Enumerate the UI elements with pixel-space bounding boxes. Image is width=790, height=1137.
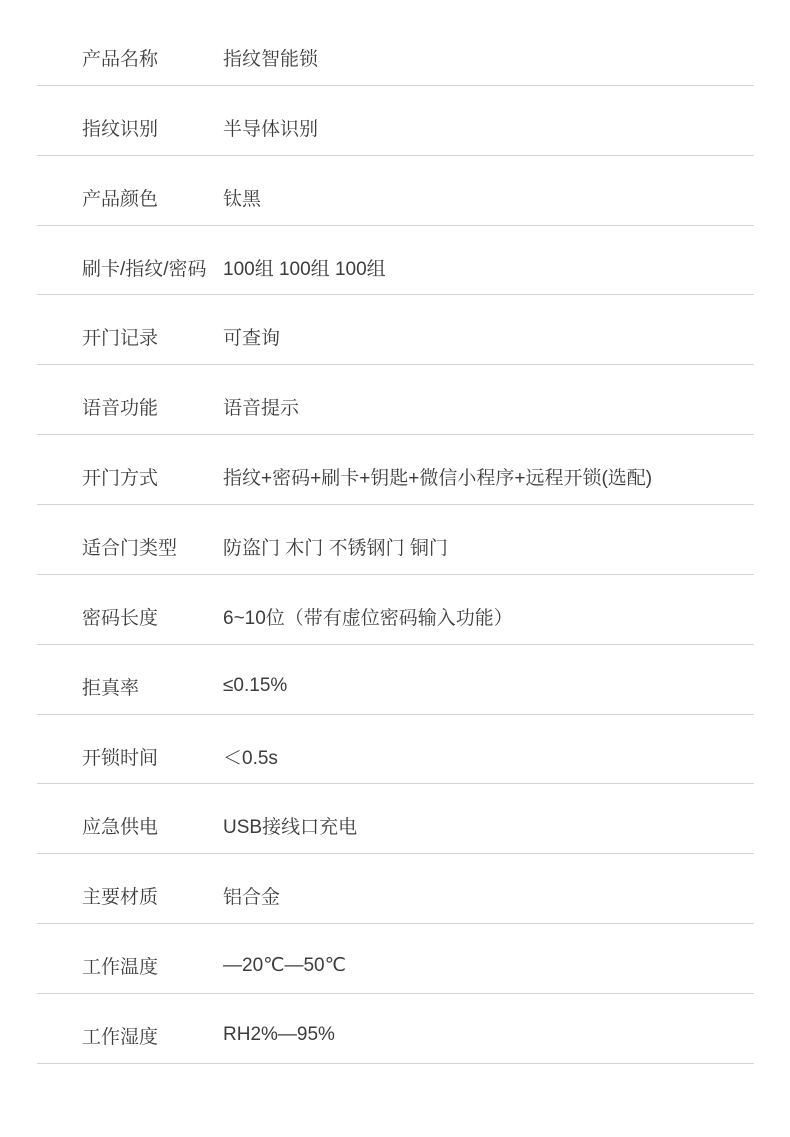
spec-label: 指纹识别 <box>37 114 223 141</box>
spec-row: 刷卡/指纹/密码 100组 100组 100组 <box>37 226 754 296</box>
spec-row: 适合门类型 防盗门 木门 不锈钢门 铜门 <box>37 505 754 575</box>
product-spec-page: 产品名称 指纹智能锁 指纹识别 半导体识别 产品颜色 钛黑 刷卡/指纹/密码 1… <box>0 0 790 1137</box>
spec-value: 防盗门 木门 不锈钢门 铜门 <box>223 533 754 560</box>
spec-row: 拒真率 ≤0.15% <box>37 645 754 715</box>
spec-row: 工作湿度 RH2%—95% <box>37 994 754 1064</box>
spec-value: USB接线口充电 <box>223 812 754 839</box>
spec-table: 产品名称 指纹智能锁 指纹识别 半导体识别 产品颜色 钛黑 刷卡/指纹/密码 1… <box>37 16 754 1064</box>
spec-value: 指纹+密码+刷卡+钥匙+微信小程序+远程开锁(选配) <box>223 463 754 490</box>
spec-label: 工作湿度 <box>37 1022 223 1049</box>
spec-row: 应急供电 USB接线口充电 <box>37 784 754 854</box>
spec-row: 语音功能 语音提示 <box>37 365 754 435</box>
spec-label: 语音功能 <box>37 393 223 420</box>
spec-label: 主要材质 <box>37 882 223 909</box>
spec-row: 开门方式 指纹+密码+刷卡+钥匙+微信小程序+远程开锁(选配) <box>37 435 754 505</box>
spec-value: 铝合金 <box>223 882 754 909</box>
spec-label: 密码长度 <box>37 603 223 630</box>
spec-value: 100组 100组 100组 <box>223 254 754 281</box>
spec-row: 产品名称 指纹智能锁 <box>37 16 754 86</box>
spec-value: 指纹智能锁 <box>223 44 754 71</box>
spec-row: 密码长度 6~10位（带有虚位密码输入功能） <box>37 575 754 645</box>
spec-label: 开锁时间 <box>37 743 223 770</box>
spec-label: 开门记录 <box>37 323 223 350</box>
spec-value: 可查询 <box>223 323 754 350</box>
spec-row: 工作温度 —20℃—50℃ <box>37 924 754 994</box>
spec-row: 主要材质 铝合金 <box>37 854 754 924</box>
spec-label: 产品名称 <box>37 44 223 71</box>
spec-label: 工作温度 <box>37 952 223 979</box>
spec-row: 产品颜色 钛黑 <box>37 156 754 226</box>
spec-value: —20℃—50℃ <box>223 954 754 977</box>
spec-value: 语音提示 <box>223 393 754 420</box>
spec-row: 开锁时间 ＜0.5s <box>37 715 754 785</box>
spec-label: 应急供电 <box>37 812 223 839</box>
spec-value: ≤0.15% <box>223 675 754 697</box>
spec-label: 产品颜色 <box>37 184 223 211</box>
spec-label: 开门方式 <box>37 463 223 490</box>
spec-value: RH2%—95% <box>223 1024 754 1046</box>
spec-label: 适合门类型 <box>37 533 223 560</box>
spec-row: 指纹识别 半导体识别 <box>37 86 754 156</box>
spec-value: 半导体识别 <box>223 114 754 141</box>
spec-row: 开门记录 可查询 <box>37 295 754 365</box>
spec-value: 钛黑 <box>223 184 754 211</box>
spec-label: 拒真率 <box>37 673 223 700</box>
spec-value: ＜0.5s <box>223 743 754 770</box>
spec-value: 6~10位（带有虚位密码输入功能） <box>223 603 754 630</box>
spec-label: 刷卡/指纹/密码 <box>37 254 223 281</box>
